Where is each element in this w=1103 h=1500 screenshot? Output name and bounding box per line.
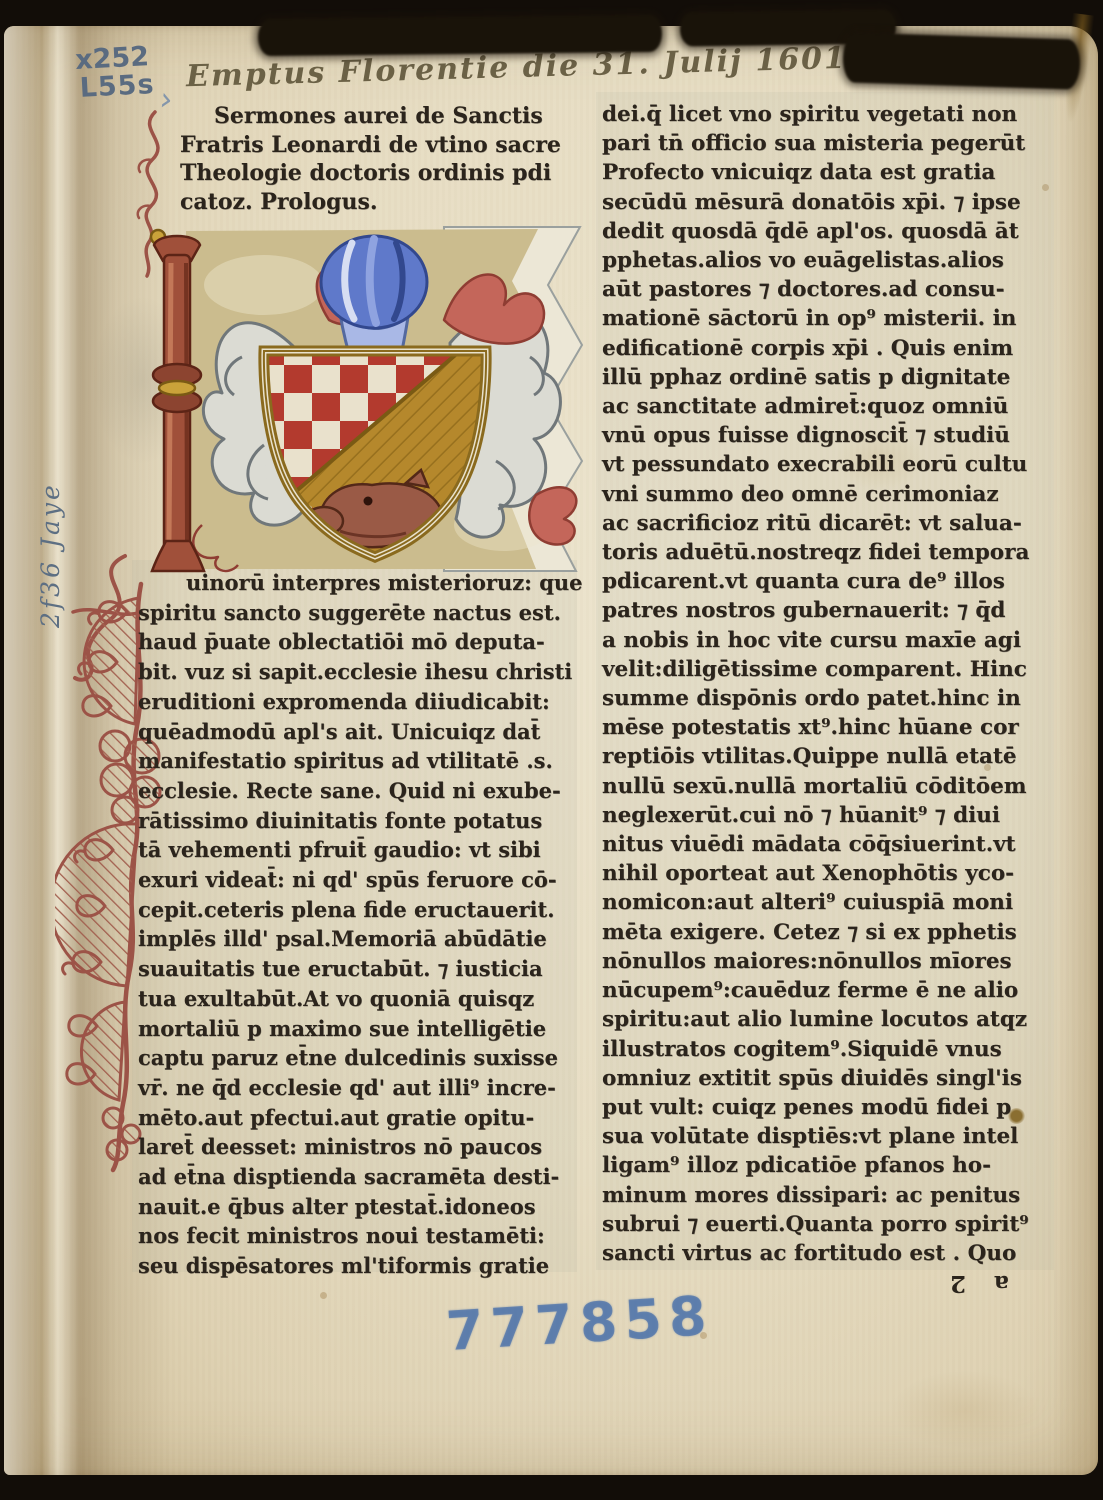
- text-line: vni summo deo omnē cerimoniaz: [602, 480, 1054, 509]
- text-line: toris aduētū.nostreqz fidei tempora: [602, 538, 1054, 567]
- text-line: laret̄ deesset: ministros nō paucos: [138, 1132, 578, 1162]
- text-line: secūdū mēsurā donatōis xp̄i. ⁊ ipse: [602, 188, 1054, 217]
- text-line: cepit.ceteris plena fide eructauerit.: [138, 895, 578, 925]
- text-line: dedit quosdā q̄dē apl'os. quosdā āt: [602, 217, 1054, 246]
- text-line: patres nostros gubernauerit: ⁊ q̄d: [602, 596, 1054, 625]
- page-edge-shadow: [1052, 26, 1098, 1475]
- text-line: manifestatio spiritus ad vtilitatē .s.: [138, 746, 578, 776]
- text-line: vnū opus fuisse dignoscit̄ ⁊ studiū: [602, 421, 1054, 450]
- text-line: pphetas.alios vo euāgelistas.alios: [602, 246, 1054, 275]
- text-line: minum mores dissipari: ac penitus: [602, 1181, 1054, 1210]
- text-line: edificationē corpis xp̄i . Quis enim: [602, 334, 1054, 363]
- signature-mark: a 2: [940, 1270, 1009, 1297]
- text-line: sua volūtate disptiēs:vt plane intel: [602, 1122, 1054, 1151]
- text-line: neglexerūt.cui nō ⁊ hūanit⁹ ⁊ diui: [602, 801, 1054, 830]
- text-line: uinorū interpres misterioruz: que: [138, 568, 578, 598]
- text-line: ac sacrificioz ritū dicarēt: vt salua-: [602, 509, 1054, 538]
- text-line: nūcupem⁹:cauēduz ferme ē ne alio: [602, 976, 1054, 1005]
- text-line: mēta exigere. Cetez ⁊ si ex pphetis: [602, 918, 1054, 947]
- text-line: ligam⁹ illoz pdicatiōe pfanos ho-: [602, 1151, 1054, 1180]
- text-line: nōnullos maiores:nōnullos mīores: [602, 947, 1054, 976]
- text-line: eruditioni expromenda diiudicabit:: [138, 687, 578, 717]
- text-line: ac sanctitate admiret̄:quoz omniū: [602, 392, 1054, 421]
- text-line: nitus viuēdi mādata cōq̄siuerint.vt: [602, 830, 1054, 859]
- text-line: velit:diligētissime comparent. Hinc: [602, 655, 1054, 684]
- text-line: vt pessundato execrabili eorū cultu: [602, 450, 1054, 479]
- text-line: pdicarent.vt quanta cura de⁹ illos: [602, 567, 1054, 596]
- text-line: illustratos cogitem⁹.Siquidē vnus: [602, 1035, 1054, 1064]
- text-line: ecclesie. Recte sane. Quid ni exube-: [138, 776, 578, 806]
- text-line: nullū sexū.nullā mortaliū cōditōem: [602, 772, 1054, 801]
- text-line: nos fecit ministros noui testamēti:: [138, 1221, 578, 1251]
- heading-line: catoz. Prologus.: [180, 188, 590, 217]
- text-line: illū pphaz ordinē satis p dignitate: [602, 363, 1054, 392]
- text-line: suauitatis tue eructabūt. ⁊ iusticia: [138, 954, 578, 984]
- scanned-incunabulum-page: { "document": { "shelfmark": ["x252", "L…: [0, 0, 1103, 1500]
- text-line: Profecto vnicuiqz data est gratia: [602, 158, 1054, 187]
- text-line: tua exultabūt.At vo quoniā quisqz: [138, 984, 578, 1014]
- text-line: tā vehementi pfruit̄ gaudio: vt sibi: [138, 835, 578, 865]
- incipit-heading: Sermones aurei de SanctisFratris Leonard…: [180, 102, 590, 216]
- text-line: captu paruz et̄ne dulcedinis suxisse: [138, 1043, 578, 1073]
- shelfmark-line: L55s: [79, 71, 155, 103]
- text-line: put vult: cuiqz penes modū fidei p: [602, 1093, 1054, 1122]
- illuminated-miniature: [144, 225, 590, 575]
- redaction-stroke: [258, 15, 662, 56]
- text-line: mationē sāctorū in op⁹ misterii. in: [602, 304, 1054, 333]
- text-line: dei.q̄ licet vno spiritu vegetati non: [602, 100, 1054, 129]
- text-line: nihil oporteat aut Xenophōtis yco-: [602, 859, 1054, 888]
- text-line: nomicon:aut alteri⁹ cuiuspiā moni: [602, 888, 1054, 917]
- text-column-left: uinorū interpres misterioruz: quespiritu…: [138, 568, 578, 1281]
- text-line: vr̄. ne q̄d ecclesie qd' aut illi⁹ incre…: [138, 1073, 578, 1103]
- text-line: spiritu sancto suggerēte nactus est.: [138, 598, 578, 628]
- text-line: aūt pastores ⁊ doctores.ad consu-: [602, 275, 1054, 304]
- text-line: mēse potestatis xt⁹.hinc hūane cor: [602, 713, 1054, 742]
- text-line: spiritu:aut alio lumine locutos atqz: [602, 1005, 1054, 1034]
- text-line: ad et̄na disptienda sacramēta desti-: [138, 1162, 578, 1192]
- text-line: nauit.e q̄bus alter ptestat̄.idoneos: [138, 1192, 578, 1222]
- text-line: bit. vuz si sapit.ecclesie ihesu christi: [138, 657, 578, 687]
- text-line: pari tn̄ officio sua misteria pegerūt: [602, 129, 1054, 158]
- text-line: exuri videat̄: ni qd' spūs feruore cō-: [138, 865, 578, 895]
- text-line: summe dispōnis ordo patet.hinc in: [602, 684, 1054, 713]
- margin-annotation: 2f36 Jaye: [36, 482, 65, 628]
- text-line: mēto.aut pfectui.aut gratie opitu-: [138, 1103, 578, 1133]
- text-line: a nobis in hoc vite cursu maxīe agi: [602, 626, 1054, 655]
- shelfmark-note: x252 L55s: [75, 43, 156, 103]
- text-line: quēadmodū apl's ait. Unicuiqz dat̄: [138, 717, 578, 747]
- heading-line: Sermones aurei de Sanctis: [180, 102, 590, 131]
- heading-line: Fratris Leonardi de vtino sacre: [180, 131, 590, 160]
- redaction-stroke: [842, 32, 1080, 89]
- text-line: reptiōis vtilitas.Quippe nullā etatē: [602, 742, 1054, 771]
- heading-line: Theologie doctoris ordinis pdi: [180, 159, 590, 188]
- text-line: haud p̄uate oblectatiōi mō deputa-: [138, 627, 578, 657]
- text-line: seu dispēsatores ml'tiformis gratie: [138, 1251, 578, 1281]
- text-line: implēs illd' psal.Memoriā abūdātie: [138, 924, 578, 954]
- text-line: sancti virtus ac fortitudo est . Quo: [602, 1239, 1054, 1268]
- text-column-right: dei.q̄ licet vno spiritu vegetati nonpar…: [602, 100, 1054, 1268]
- text-line: mortaliū p maximo sue intelligētie: [138, 1014, 578, 1044]
- text-line: rātissimo diuinitatis fonte potatus: [138, 806, 578, 836]
- text-line: omniuz extitit spūs diuidēs singl'is: [602, 1064, 1054, 1093]
- text-line: subrui ⁊ euerti.Quanta porro spirit⁹: [602, 1210, 1054, 1239]
